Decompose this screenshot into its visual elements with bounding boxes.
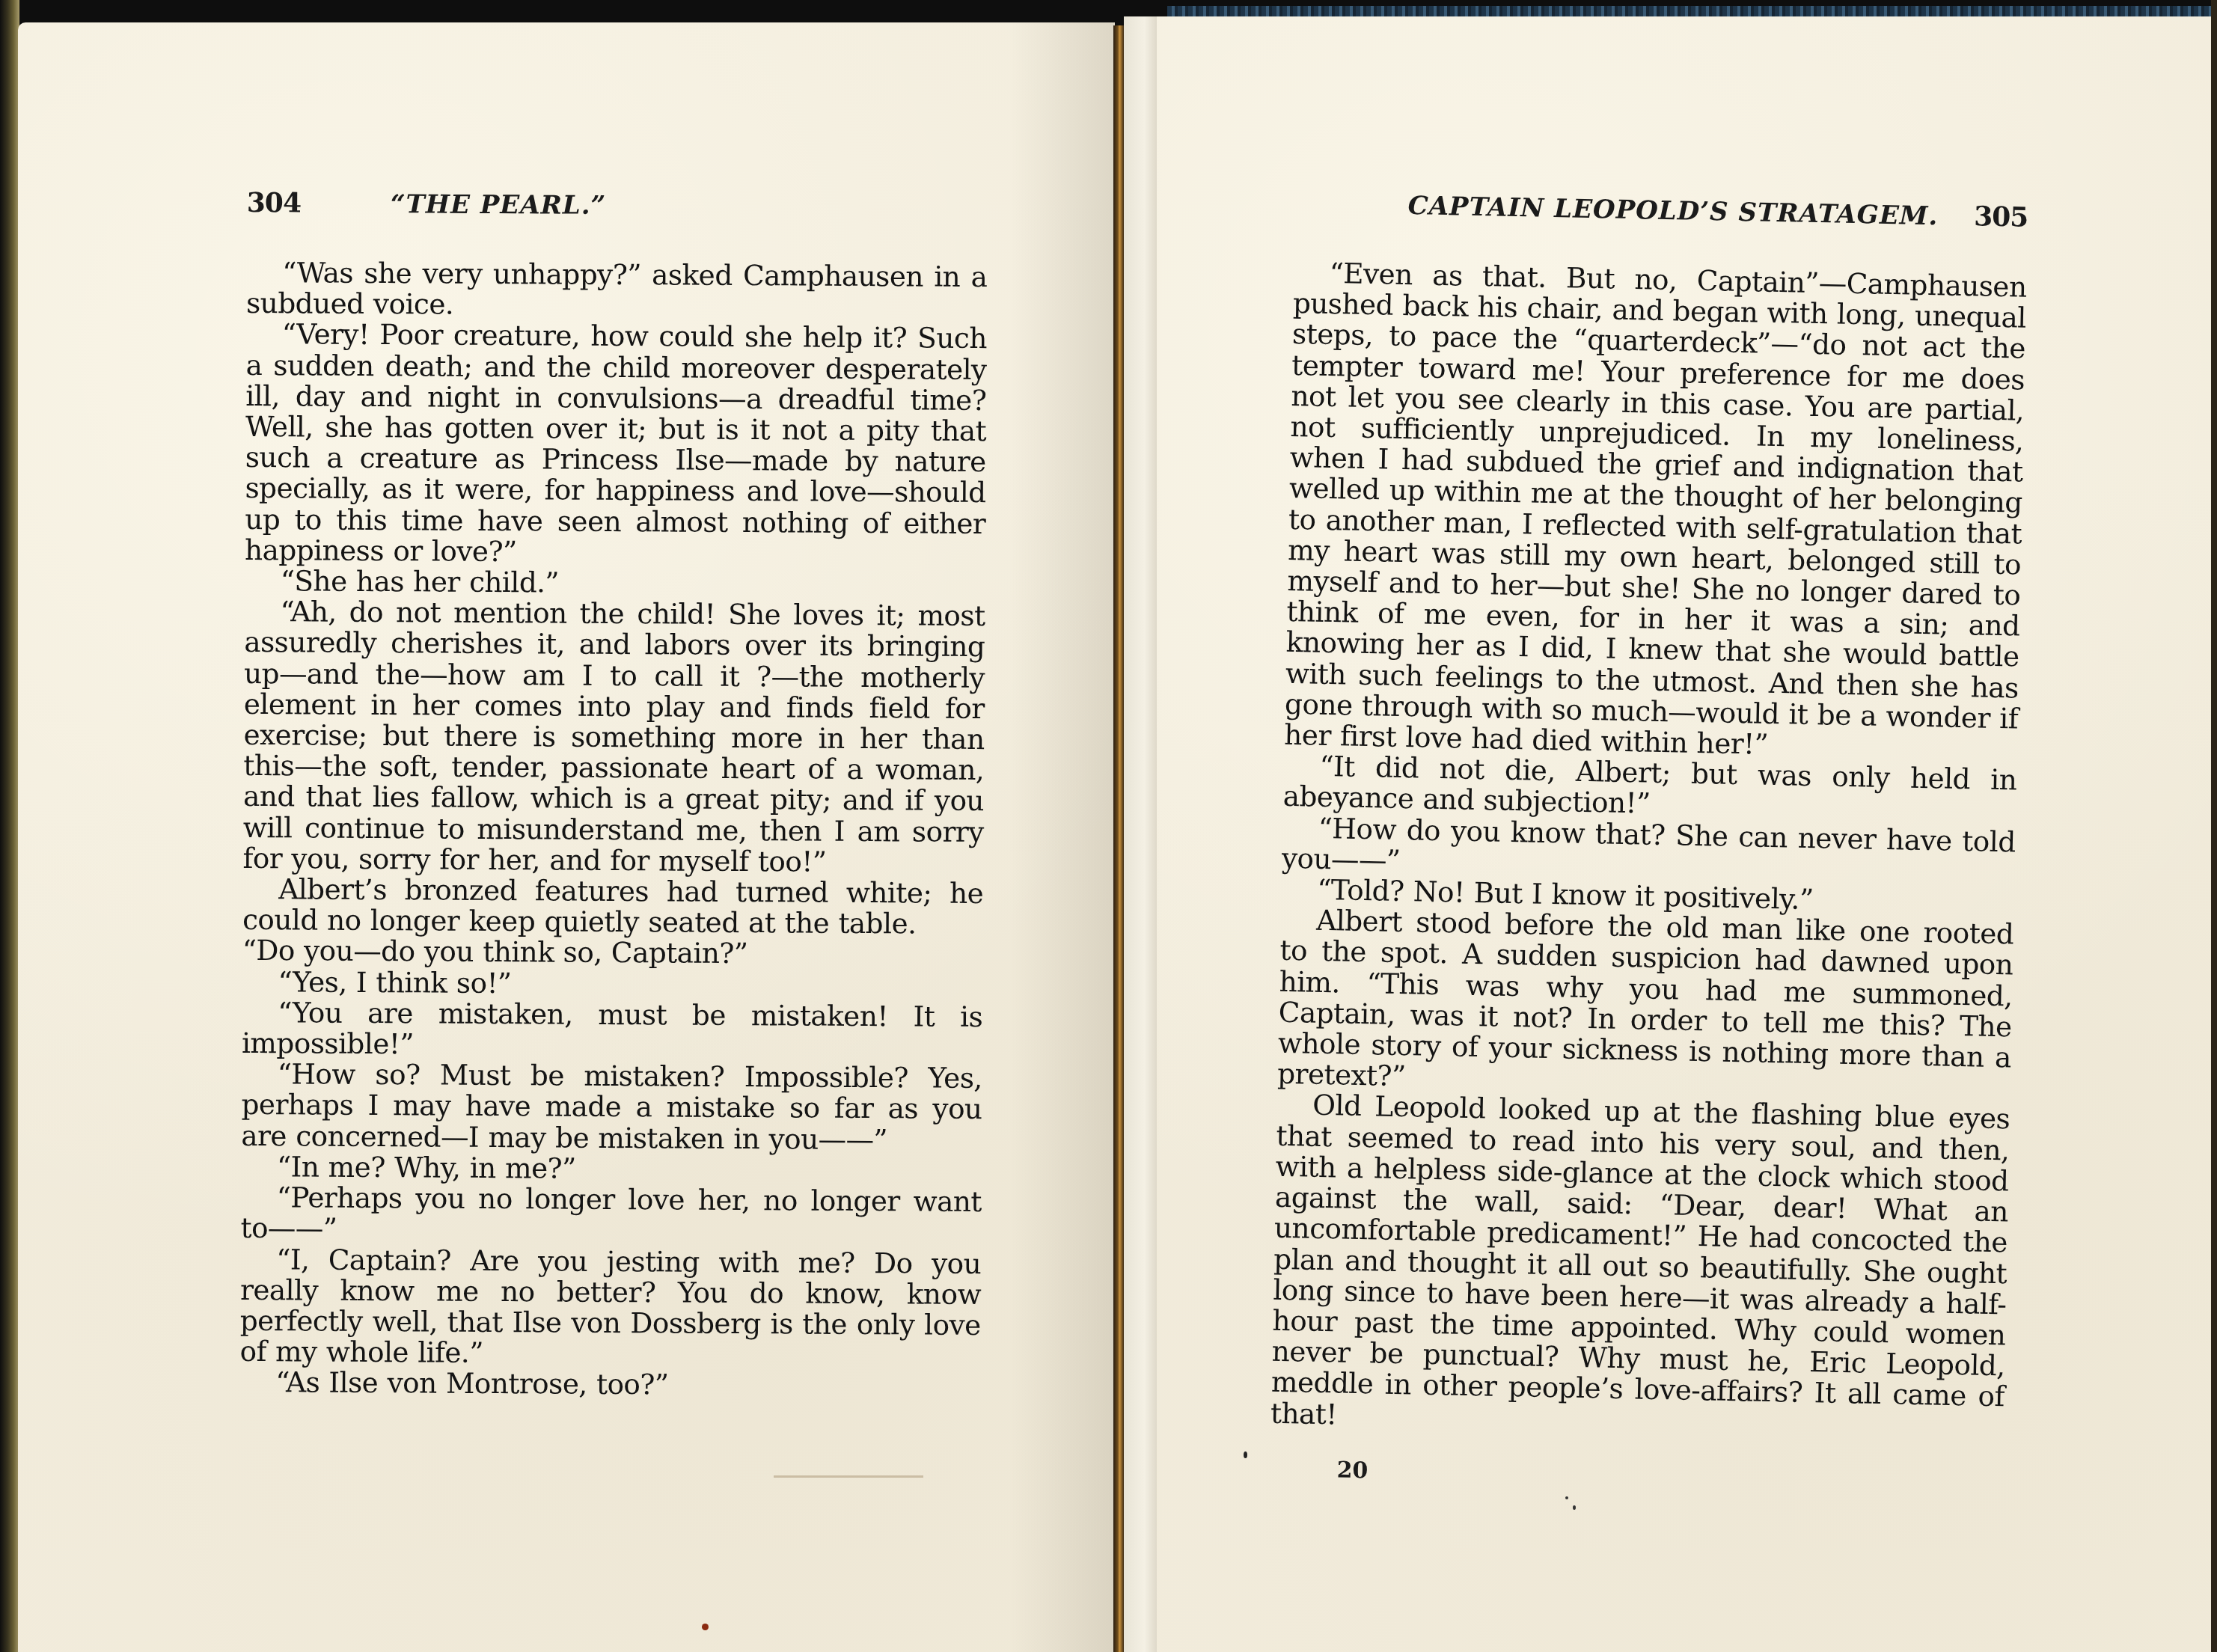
book-gutter (1113, 25, 1124, 1652)
left-page-content: 304 “THE PEARL.” “Was she very unhappy?”… (239, 187, 988, 1403)
paper-speck (702, 1624, 709, 1630)
paper-speck (1244, 1451, 1247, 1458)
paragraph: “Perhaps you no longer love her, no long… (240, 1182, 981, 1248)
page-number-left: 304 (247, 187, 301, 218)
paper-speck (1565, 1496, 1568, 1499)
running-title-left: “THE PEARL.” (391, 189, 988, 223)
left-page-edge (0, 0, 19, 1652)
page-number-right: 305 (1974, 201, 2028, 233)
paragraph: “Was she very unhappy?” asked Camphausen… (246, 257, 987, 323)
left-running-head: 304 “THE PEARL.” (247, 187, 988, 229)
right-page-edge (2211, 0, 2217, 1652)
paragraph: “I, Captain? Are you jesting with me? Do… (239, 1243, 981, 1371)
printer-signature-mark: 20 (1336, 1457, 2003, 1496)
right-page: CAPTAIN LEOPOLD’S STRATAGEM. 305 “Even a… (1157, 16, 2211, 1652)
left-page: 304 “THE PEARL.” “Was she very unhappy?”… (18, 22, 1115, 1652)
ink-smudge (774, 1475, 923, 1478)
paragraph: Albert stood before the old man like one… (1277, 905, 2014, 1104)
paragraph: “As Ilse von Montrose, too?” (239, 1367, 980, 1402)
right-page-body: “Even as that. But no, Captain”—Camphaus… (1270, 257, 2027, 1443)
paragraph: “Ah, do not mention the child! She loves… (242, 596, 985, 878)
right-running-head: CAPTAIN LEOPOLD’S STRATAGEM. 305 (1294, 187, 2028, 239)
gutter-fold (1124, 16, 1158, 1652)
paragraph: “Even as that. But no, Captain”—Camphaus… (1284, 257, 2027, 765)
paper-speck (1573, 1505, 1576, 1510)
paragraph: Old Leopold looked up at the flashing bl… (1270, 1089, 2010, 1443)
right-page-content: CAPTAIN LEOPOLD’S STRATAGEM. 305 “Even a… (1269, 187, 2028, 1496)
paragraph: Albert’s bronzed features had turned whi… (242, 874, 983, 940)
paragraph: “Very! Poor creature, how could she help… (245, 319, 987, 570)
left-page-body: “Was she very unhappy?” asked Camphausen… (239, 257, 987, 1403)
paragraph: “How so? Must be mistaken? Impossible? Y… (241, 1059, 982, 1156)
paragraph: “You are mistaken, must be mistaken! It … (242, 997, 982, 1063)
running-title-right: CAPTAIN LEOPOLD’S STRATAGEM. (1294, 189, 1938, 231)
